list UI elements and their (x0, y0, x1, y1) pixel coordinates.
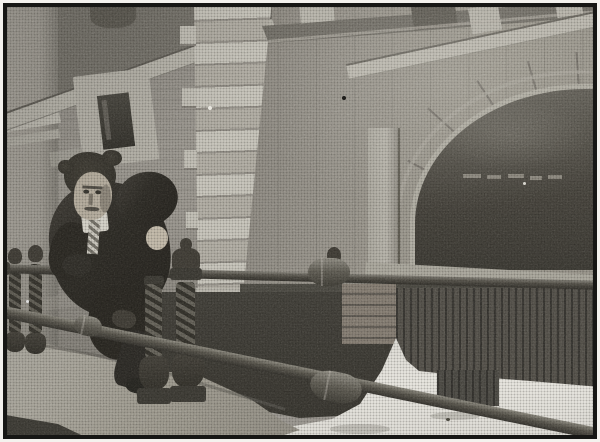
print-speck (26, 300, 29, 303)
snow-shadow (330, 424, 390, 434)
man-left-hand (146, 226, 168, 250)
man-nose-shadow (89, 194, 94, 205)
arch-jamb-pier (368, 128, 400, 278)
man-mouth (84, 207, 99, 212)
arch-interior-reflection (430, 100, 590, 170)
rail-end-cap (7, 262, 10, 275)
printed-photo-page (0, 0, 600, 442)
print-speck (523, 182, 526, 185)
print-speck (384, 345, 388, 349)
arch-interior-sill-dash (548, 175, 562, 179)
quoin-block (182, 88, 196, 108)
print-speck (208, 106, 212, 110)
man-hair-tuft (58, 160, 74, 174)
print-speck (342, 96, 346, 100)
man-striped-tie (87, 220, 100, 255)
quoin-block (180, 26, 196, 46)
arch-interior-sill-dash (508, 174, 524, 178)
man-right-hand-on-rail (62, 254, 92, 276)
roof-shadow-blob (90, 7, 136, 28)
print-speck (446, 418, 450, 421)
upper-rail-collar (308, 258, 350, 286)
arch-interior-sill-dash (530, 176, 542, 180)
quoin-block (186, 212, 198, 230)
arch-interior-sill-dash (487, 175, 501, 179)
arch-interior-sill-dash (463, 174, 481, 178)
photograph (7, 7, 593, 435)
photo-scene (7, 7, 593, 435)
brick-pillar (342, 284, 396, 344)
man-hair-tuft (102, 150, 122, 166)
quoin-block (184, 150, 197, 170)
